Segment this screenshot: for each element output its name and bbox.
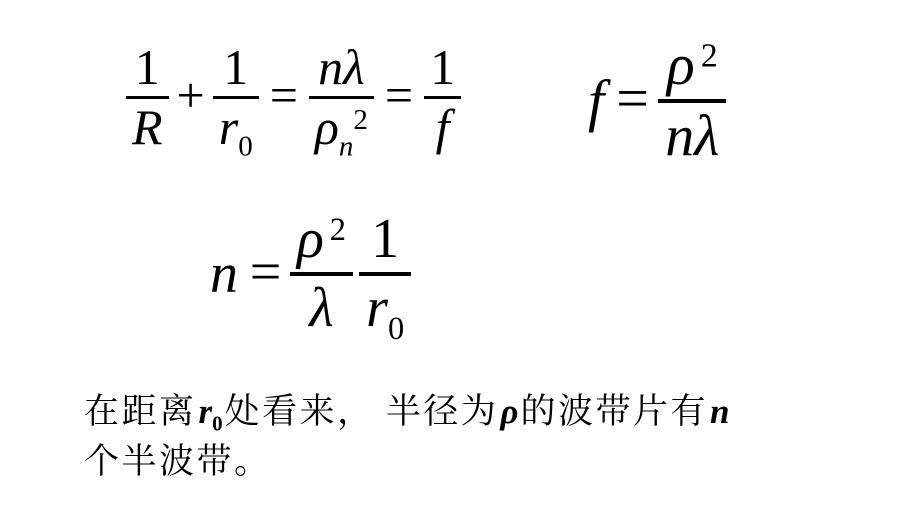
fraction-1-over-r0: 1 r0 xyxy=(359,210,410,338)
superscript-2: 2 xyxy=(330,213,346,247)
fraction-denominator: nλ xyxy=(658,106,726,167)
fraction-numerator: ρ2 xyxy=(660,35,725,96)
fraction-denominator: R xyxy=(126,101,169,154)
fraction-numerator: ρ2 xyxy=(290,210,352,269)
caption-segment: 处看来， xyxy=(225,392,386,431)
fraction-1-over-f: 1 f xyxy=(424,41,461,153)
f-symbol: f xyxy=(588,67,607,134)
equals-sign: = xyxy=(259,66,309,124)
equals-sign: = xyxy=(241,240,291,304)
fraction-numerator: 1 xyxy=(217,41,254,94)
fraction-bar xyxy=(290,272,352,276)
fraction-rho2-over-nlambda: ρ2 nλ xyxy=(658,35,726,167)
superscript-2: 2 xyxy=(353,104,368,134)
rho-symbol: ρ xyxy=(297,208,324,270)
n-symbol: n xyxy=(708,392,731,431)
rho-symbol: ρ xyxy=(315,99,339,155)
caption-line-1: 在距离r0处看来， 半径为ρ的波带片有n xyxy=(84,389,864,439)
caption-line-2: 个半波带。 xyxy=(84,439,864,484)
subscript-0: 0 xyxy=(238,131,253,161)
formula-lens-zone-plate: 1 R + 1 r0 = nλ ρn2 = 1 f xyxy=(126,41,461,153)
subscript-0: 0 xyxy=(212,401,225,446)
fraction-denominator: r0 xyxy=(213,101,259,154)
fraction-1-over-R: 1 R xyxy=(126,41,169,153)
caption-segment: 的波带片有 xyxy=(520,392,708,431)
subscript-0: 0 xyxy=(388,312,404,346)
r-symbol: r xyxy=(197,392,213,431)
subscript-n: n xyxy=(339,131,354,161)
equals-sign: = xyxy=(374,66,424,124)
r-symbol: r xyxy=(366,277,388,339)
fraction-denominator: ρn2 xyxy=(309,101,374,154)
n-symbol: n xyxy=(210,242,241,306)
caption-segment: 半径为 xyxy=(386,392,499,431)
fraction-nlambda-over-rhon2: nλ ρn2 xyxy=(309,41,374,153)
fraction-numerator: 1 xyxy=(129,41,166,94)
equals-sign: = xyxy=(607,65,658,132)
caption-segment: 在距离 xyxy=(84,392,197,431)
fraction-denominator: f xyxy=(430,101,456,154)
caption-text: 在距离r0处看来， 半径为ρ的波带片有n 个半波带。 xyxy=(84,389,864,484)
superscript-2: 2 xyxy=(701,39,718,74)
fraction-denominator: λ xyxy=(303,279,341,338)
fraction-numerator: 1 xyxy=(364,210,405,269)
formula-focal-length: f = ρ2 nλ xyxy=(588,35,726,167)
fraction-1-over-r0: 1 r0 xyxy=(213,41,259,153)
fraction-rho2-over-lambda: ρ2 λ xyxy=(290,210,352,338)
formula-zone-number: n = ρ2 λ 1 r0 xyxy=(210,210,411,338)
rho-symbol: ρ xyxy=(667,32,695,97)
r-symbol: r xyxy=(219,99,238,155)
fraction-numerator: nλ xyxy=(312,41,371,94)
fraction-numerator: 1 xyxy=(424,41,461,94)
fraction-bar xyxy=(359,272,410,276)
plus-sign: + xyxy=(169,66,213,124)
rho-symbol: ρ xyxy=(498,392,520,431)
fraction-denominator: r0 xyxy=(359,279,410,338)
